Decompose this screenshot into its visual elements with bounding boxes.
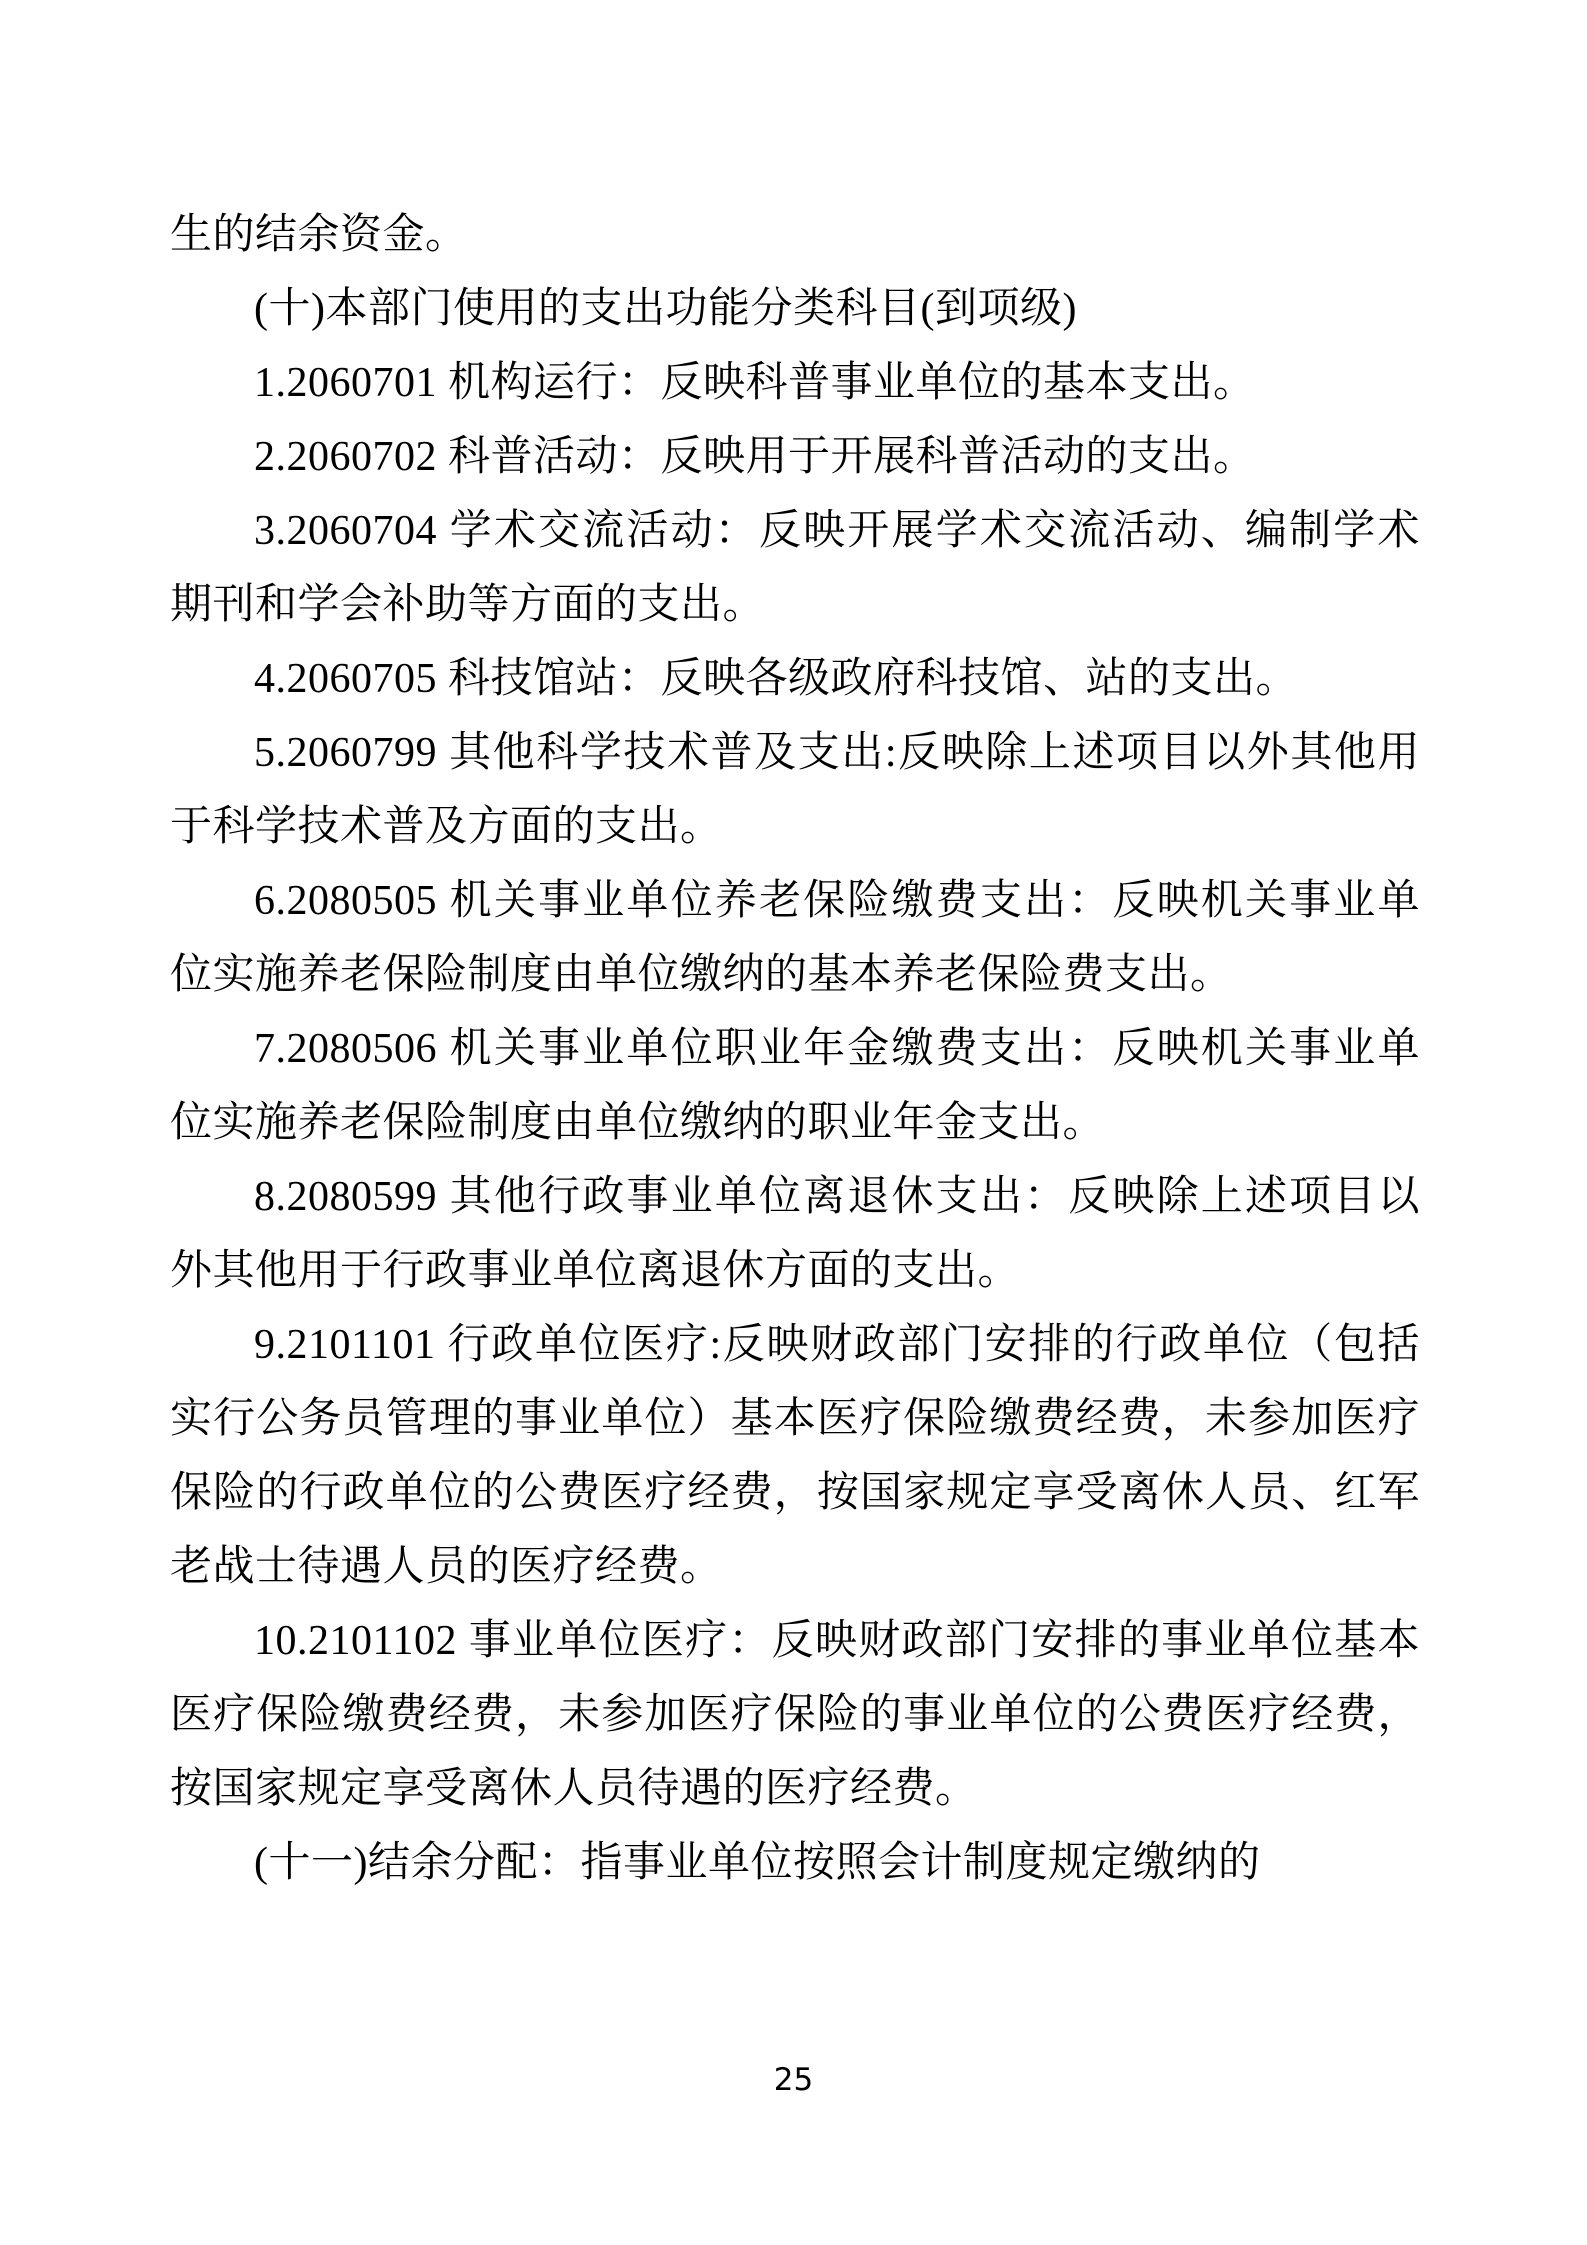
paragraph: 2.2060702 科普活动：反映用于开展科普活动的支出。	[170, 420, 1420, 494]
paragraph: 5.2060799 其他科学技术普及支出:反映除上述项目以外其他用于科学技术普及…	[170, 716, 1420, 864]
page-number: 25	[774, 2062, 813, 2098]
paragraph: 7.2080506 机关事业单位职业年金缴费支出：反映机关事业单位实施养老保险制…	[170, 1012, 1420, 1160]
document-body: 生的结余资金。 (十)本部门使用的支出功能分类科目(到项级) 1.2060701…	[170, 198, 1420, 1900]
document-page: 生的结余资金。 (十)本部门使用的支出功能分类科目(到项级) 1.2060701…	[0, 0, 1587, 2245]
paragraph: 9.2101101 行政单位医疗:反映财政部门安排的行政单位（包括实行公务员管理…	[170, 1308, 1420, 1604]
paragraph: 8.2080599 其他行政事业单位离退休支出：反映除上述项目以外其他用于行政事…	[170, 1160, 1420, 1308]
paragraph: 6.2080505 机关事业单位养老保险缴费支出：反映机关事业单位实施养老保险制…	[170, 864, 1420, 1012]
paragraph: 3.2060704 学术交流活动：反映开展学术交流活动、编制学术期刊和学会补助等…	[170, 494, 1420, 642]
paragraph: (十)本部门使用的支出功能分类科目(到项级)	[170, 272, 1420, 346]
paragraph: 4.2060705 科技馆站：反映各级政府科技馆、站的支出。	[170, 642, 1420, 716]
paragraph: 10.2101102 事业单位医疗：反映财政部门安排的事业单位基本医疗保险缴费经…	[170, 1604, 1420, 1826]
page-footer: 25	[0, 2062, 1587, 2098]
paragraph: 生的结余资金。	[170, 198, 1420, 272]
paragraph: (十一)结余分配：指事业单位按照会计制度规定缴纳的	[170, 1826, 1420, 1900]
paragraph: 1.2060701 机构运行：反映科普事业单位的基本支出。	[170, 346, 1420, 420]
